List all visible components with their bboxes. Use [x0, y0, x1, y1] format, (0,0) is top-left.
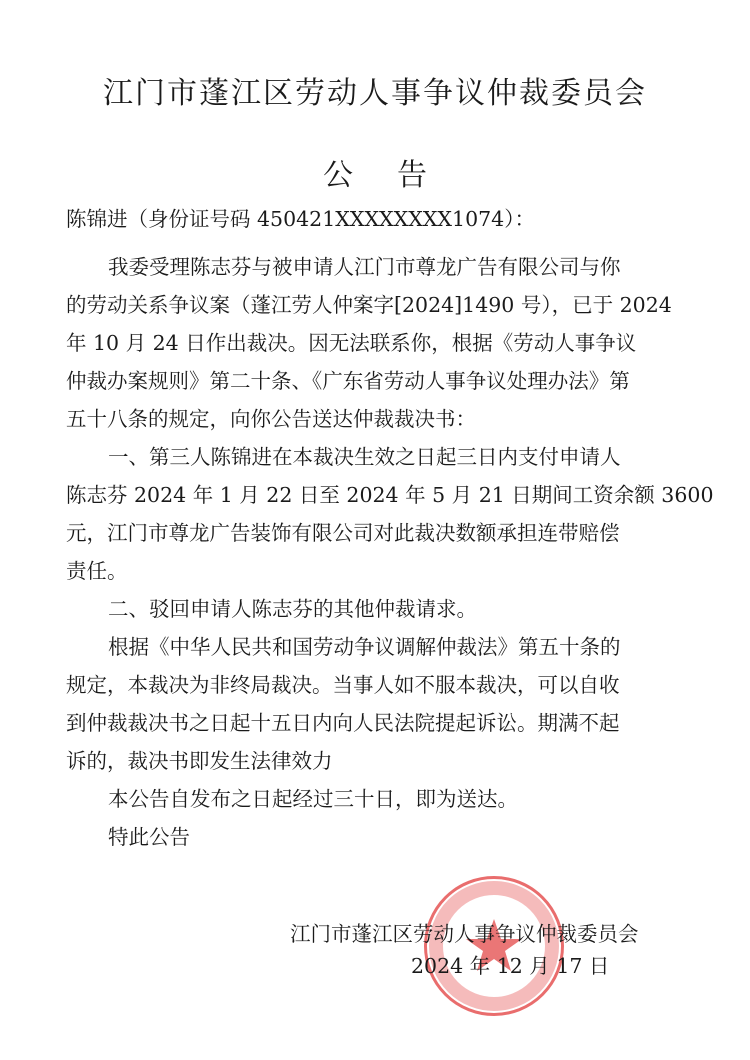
paragraph-line: 责任。 — [66, 552, 686, 590]
ruling-item-2: 二、驳回申请人陈志芬的其他仲裁请求。 — [66, 590, 686, 628]
paragraph-line: 陈志芬 2024 年 1 月 22 日至 2024 年 5 月 21 日期间工资… — [66, 476, 686, 514]
paragraph-line: 到仲裁裁决书之日起十五日内向人民法院提起诉讼。期满不起 — [66, 704, 686, 742]
paragraph-line: 仲裁办案规则》第二十条、《广东省劳动人事争议处理办法》第 — [66, 362, 686, 400]
paragraph-line: 我委受理陈志芬与被申请人江门市尊龙广告有限公司与你 — [66, 248, 686, 286]
paragraph-line: 规定，本裁决为非终局裁决。当事人如不服本裁决，可以自收 — [66, 666, 686, 704]
paragraph-line: 的劳动关系争议案（蓬江劳人仲案字[2024]1490 号），已于 2024 — [66, 286, 686, 324]
paragraph-line: 诉的，裁决书即发生法律效力 — [66, 742, 686, 780]
ruling-item-1: 一、第三人陈锦进在本裁决生效之日起三日内支付申请人 — [66, 438, 686, 476]
signing-date: 2024 年 12 月 17 日 — [290, 950, 690, 982]
notice-body: 陈锦进（身份证号码 450421XXXXXXXX1074）： 我委受理陈志芬与被… — [66, 200, 686, 856]
paragraph-line: 根据《中华人民共和国劳动争议调解仲裁法》第五十条的 — [66, 628, 686, 666]
document-subtitle: 公告 — [0, 150, 750, 194]
signature-block: 江门市蓬江区劳动人事争议仲裁委员会 2024 年 12 月 17 日 — [290, 918, 690, 982]
signing-organization: 江门市蓬江区劳动人事争议仲裁委员会 — [290, 918, 690, 950]
closing-phrase: 特此公告 — [66, 818, 686, 856]
paragraph-line: 五十八条的规定，向你公告送达仲裁裁决书： — [66, 400, 686, 438]
document-title: 江门市蓬江区劳动人事争议仲裁委员会 — [0, 68, 750, 112]
paragraph-line: 元，江门市尊龙广告装饰有限公司对此裁决数额承担连带赔偿 — [66, 514, 686, 552]
addressee: 陈锦进（身份证号码 450421XXXXXXXX1074）： — [66, 200, 686, 238]
paragraph-line: 年 10 月 24 日作出裁决。因无法联系你，根据《劳动人事争议 — [66, 324, 686, 362]
service-note: 本公告自发布之日起经过三十日，即为送达。 — [66, 780, 686, 818]
